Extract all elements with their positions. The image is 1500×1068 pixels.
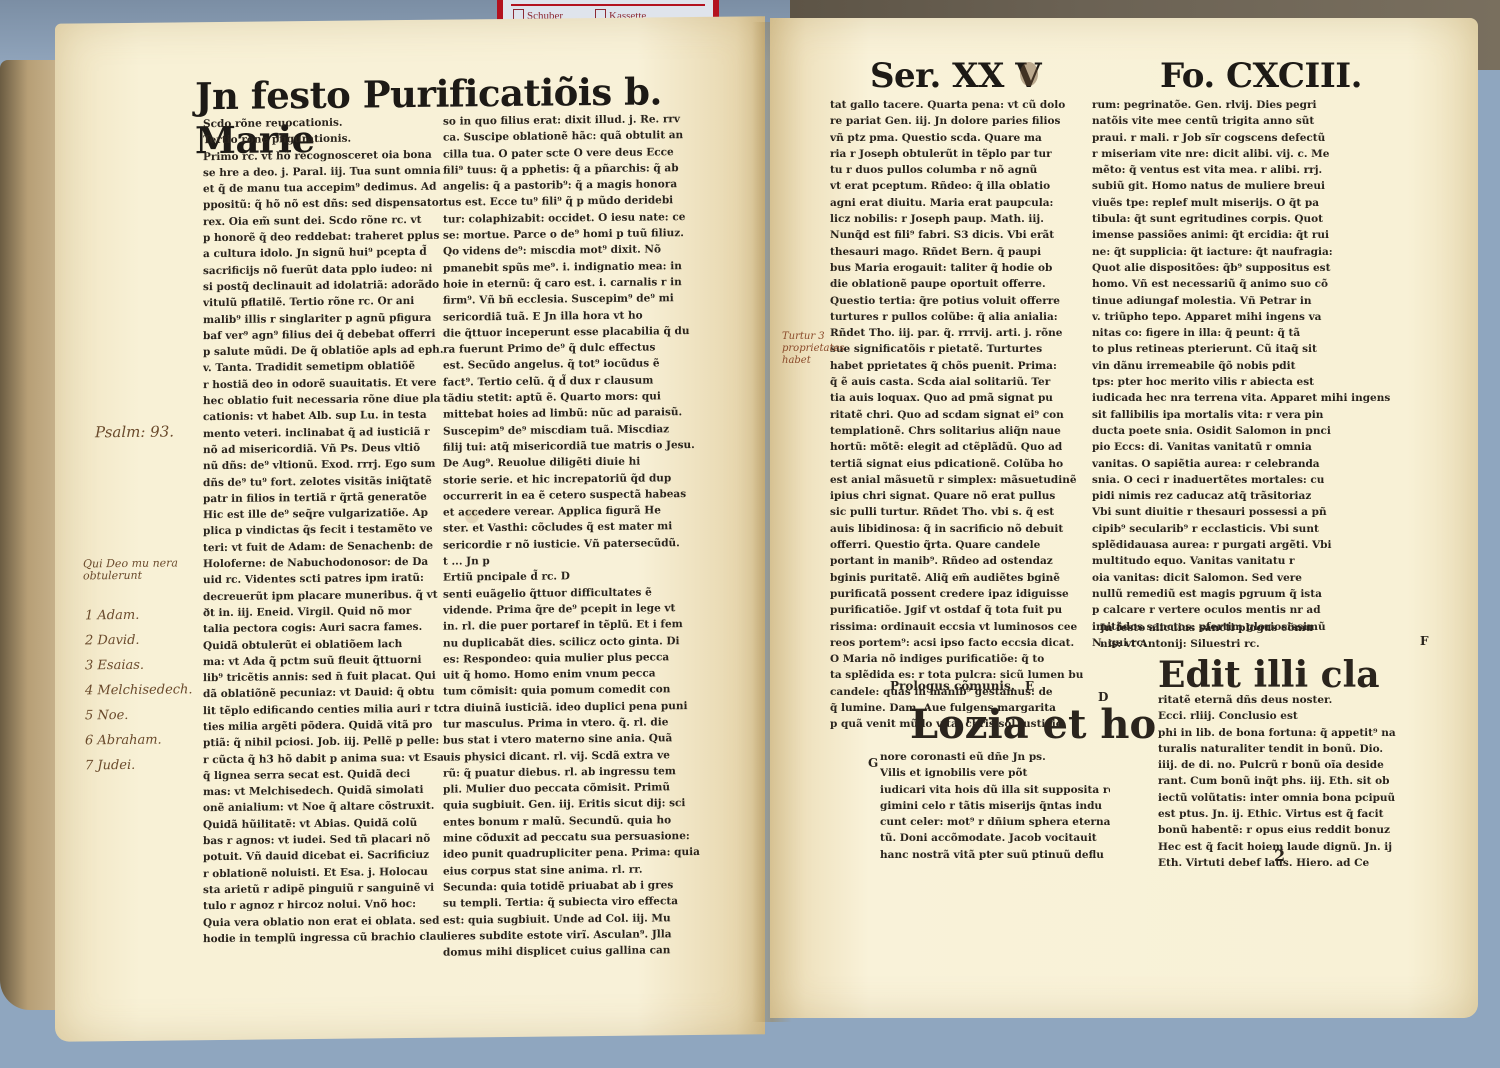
text-line: pio Eccs: di. Vanitas vanitatũ r omnia — [1092, 439, 1422, 455]
marginal-list-item: 7 Judei. — [85, 752, 193, 778]
text-line: rant. Cum bonũ inq̃t phs. iij. Eth. sit … — [1158, 773, 1428, 789]
text-line: su templi. Tertia: q̃ subiecta viro effe… — [443, 893, 719, 912]
text-line: cunt celer: mot⁹ r dñium sphera eterna — [880, 814, 1110, 830]
text-line: hodie in templũ ingressa cũ brachio clau — [203, 928, 443, 947]
marginal-note-list: 1 Adam.2 David.3 Esaias.4 Melchisedech.5… — [85, 602, 193, 778]
text-line: reos portem⁹: acsi ipso facto eccsia dic… — [830, 635, 1090, 651]
text-line: multitudo equo. Vanitas vanitatu r — [1092, 553, 1422, 569]
text-line: ideo punit quadrupliciter pena. Prima: q… — [443, 844, 719, 863]
text-line: pidi nimis rez caducaz atq̃ trãsitoriaz — [1092, 488, 1422, 504]
text-line: ptiã: q̃ nihil pciosi. Job. iij. Pellẽ p… — [203, 733, 443, 752]
paper-stain — [465, 509, 479, 523]
text-line: tra diuinã iusticiã. ideo duplici pena p… — [443, 697, 719, 716]
text-line: est anial mãsuetũ r simplex: mãsuetudinẽ — [830, 472, 1090, 488]
text-line: p calcare r vertere oculos mentis nr ad — [1092, 602, 1422, 618]
text-line: uid rc. Videntes scti patres ipm iratũ: — [203, 570, 443, 589]
signature-mark: 2 — [1274, 846, 1285, 865]
text-line: vt erat pceptum. Rñdeo: q̃ illa oblatio — [830, 178, 1090, 194]
text-line: licz nobilis: r Joseph paup. Math. iij. — [830, 211, 1090, 227]
text-line: vitulũ pflatilẽ. Tertio rõne rc. Or ani — [203, 293, 443, 312]
text-line: Eth. Virtuti debef laus. Hiero. ad Ce — [1158, 855, 1428, 871]
text-line: nullũ remediũ est magis pgruum q̃ ista — [1092, 586, 1422, 602]
folio-number: Fo. CXCIII. — [1160, 56, 1362, 96]
text-line: ritatẽ eternã dñs deus noster. — [1158, 692, 1428, 708]
text-line: tu r duos pullos columba r nõ agnũ — [830, 162, 1090, 178]
text-line: tertiã signat eius pdicationẽ. Colũba ho — [830, 456, 1090, 472]
text-line: sericordie r nõ iusticie. Vñ patersecũdũ… — [443, 534, 719, 553]
running-head-sermon: Ser. XX V — [870, 56, 1041, 96]
text-line: se: mortue. Parce o de⁹ homi p tuũ filiu… — [443, 225, 719, 244]
text-line: rissima: ordinauit eccsia vt luminosos c… — [830, 619, 1090, 635]
text-line: Ecci. rliij. Conclusio est — [1158, 708, 1428, 724]
text-line: mẽto: q̃ ventus est vita mea. r alibi. r… — [1092, 162, 1422, 178]
text-line: die oblationẽ paupe oportuit offerre. — [830, 276, 1090, 292]
text-line: Jn festo alicuius sancti plogus cõmu — [1100, 620, 1430, 636]
text-line: turtures r pullos colũbe: q̃ alia aniali… — [830, 309, 1090, 325]
text-line: Nunq̃d est fili⁹ fabri. S3 dicis. Vbi er… — [830, 227, 1090, 243]
text-line: Questio tertia: q̃re potius voluit offer… — [830, 293, 1090, 309]
festo-marker: F — [1420, 634, 1429, 648]
text-line: subiũ git. Homo natus de muliere breui — [1092, 178, 1422, 194]
slip-rule — [511, 4, 705, 6]
text-line: sic pulli turtur. Rñdet Tho. vbi s. q̃ e… — [830, 504, 1090, 520]
text-line: nitas co: figere in illa: q̃ peunt: q̃ t… — [1092, 325, 1422, 341]
left-page: Jn festo Purificatiõis b. Marie Scdo rõn… — [55, 16, 765, 1041]
text-line: ipius chri signat. Quare nõ erat pullus — [830, 488, 1090, 504]
marginal-list-item: 4 Melchisedech. — [85, 677, 193, 703]
text-line: splẽdidauasa aurea: r purgati argẽti. Vb… — [1092, 537, 1422, 553]
text-line: potuit. Vñ dauid dicebat ei. Sacrificiuz — [203, 847, 443, 866]
text-column-2: so in quo filius erat: dixit illud. j. R… — [443, 111, 719, 961]
edit-marker: D — [1098, 690, 1108, 704]
text-line: vanitas. O sapiẽtia aurea: r celebranda — [1092, 456, 1422, 472]
text-line: tat gallo tacere. Quarta pena: vt cũ dol… — [830, 97, 1090, 113]
text-line: sit fallibilis ipa mortalis vita: r vera… — [1092, 407, 1422, 423]
text-line: Vilis et ignobilis vere põt — [880, 765, 1110, 781]
text-line: bginis puritatẽ. Aliq̃ em̃ audiẽtes bgin… — [830, 570, 1090, 586]
text-column-2: rum: pegrinatõe. Gen. rlvij. Dies pegrin… — [1092, 97, 1422, 651]
text-line: iectũ volũtatis: inter omnia bona pcipuũ — [1158, 790, 1428, 806]
festo-alicuius-rubric: Jn festo alicuius sancti plogus cõmunis:… — [1100, 620, 1430, 653]
text-line: O Maria nõ indiges purificatiõe: q̃ to — [830, 651, 1090, 667]
text-line: habet pprietates q̃ chõs puenit. Prima: — [830, 358, 1090, 374]
right-page: Ser. XX V Fo. CXCIII. tat gallo tacere. … — [770, 18, 1478, 1018]
text-line: tibula: q̃t sunt egritudines corpis. Quo… — [1092, 211, 1422, 227]
marginal-list-item: 2 David. — [85, 627, 193, 653]
text-line: thesauri mago. Rñdet Bern. q̃ paupi — [830, 244, 1090, 260]
text-line: ria r Joseph obtulerũt in tẽplo par tur — [830, 146, 1090, 162]
text-line: rum: pegrinatõe. Gen. rlvij. Dies pegri — [1092, 97, 1422, 113]
text-line: praui. r mali. r Job sĩr cogscens defect… — [1092, 130, 1422, 146]
marginal-list-item: 6 Abraham. — [85, 727, 193, 753]
text-line: tps: pter hoc merito vilis r abiecta est — [1092, 374, 1422, 390]
text-column-2-continued: ritatẽ eternã dñs deus noster.Ecci. rlii… — [1158, 692, 1428, 871]
marginal-list-item: 3 Esaias. — [85, 652, 193, 678]
text-line: nore coronasti eũ dñe Jn ps. — [880, 749, 1110, 765]
marginal-note-turtur: Turtur 3 proprietates habet — [782, 331, 842, 367]
text-line: cipib⁹ secularib⁹ r ecclasticis. Vbi sun… — [1092, 521, 1422, 537]
text-line: est ptus. Jn. ij. Ethic. Virtus est q̃ f… — [1158, 806, 1428, 822]
text-line: v. triũpho tepo. Apparet mihi ingens va — [1092, 309, 1422, 325]
text-line: q̃ ẽ auis casta. Scda aial solitariũ. Te… — [830, 374, 1090, 390]
text-line: hanc nostrã vitã pter suũ ptinuũ deflu — [880, 847, 1110, 863]
edit-initial: Edit illi cla — [1158, 654, 1380, 696]
text-line: agni erat diuitu. Maria erat paupcula: — [830, 195, 1090, 211]
text-column-1-continued: nore coronasti eũ dñe Jn ps.Vilis et ign… — [880, 749, 1110, 863]
text-line: die q̃ttuor inceperunt esse placabilia q… — [443, 323, 719, 342]
text-line: quia sugbiuit. Gen. iij. Eritis sicut di… — [443, 795, 719, 814]
text-line: viuẽs tpe: replef mult miserijs. O q̃t p… — [1092, 195, 1422, 211]
text-line: oia vanitas: dicit Salomon. Sed vere — [1092, 570, 1422, 586]
text-line: turalis naturaliter tendit in bonũ. Dio. — [1158, 741, 1428, 757]
marginal-list-item: 1 Adam. — [85, 602, 193, 628]
text-line: iiij. de di. no. Pulcrũ r bonũ oĩa desid… — [1158, 757, 1428, 773]
text-line: purificatã possent credere ipaz idiguiss… — [830, 586, 1090, 602]
text-line: ne: q̃t supplicia: q̃t iacture: q̃t nauf… — [1092, 244, 1422, 260]
text-line: phi in lib. de bona fortuna: q̃ appetit⁹… — [1158, 725, 1428, 741]
text-column-1: tat gallo tacere. Quarta pena: vt cũ dol… — [830, 97, 1090, 733]
text-column-1: Scdo rõne reuocationis.Tertio rõne pfigu… — [203, 114, 443, 948]
marginal-note-psalm: Psalm: 93. — [95, 422, 174, 441]
text-line: ritatẽ chri. Quo ad scdam signat ei⁹ con — [830, 407, 1090, 423]
text-line: portant in manib⁹. Rñdeo ad ostendaz — [830, 553, 1090, 569]
prologus-marker: E — [1025, 679, 1034, 693]
text-line: Vbi sunt diuitie r thesauri possessi a p… — [1092, 504, 1422, 520]
text-line: Hec est q̃ facit hoiem laude dignũ. Jn. … — [1158, 839, 1428, 855]
text-line: fili⁹ tuus: q̃ a pphetis: q̃ a pñarchis:… — [443, 160, 719, 179]
text-line: cationis: vt habet Alb. sup Lu. in testa — [203, 407, 443, 426]
text-line: nu duplicabãt dies. scilicz octo ginta. … — [443, 632, 719, 651]
text-line: offerri. Questio q̃rta. Quare candele — [830, 537, 1090, 553]
text-line: auis libidinosa: q̃ in sacrificio nõ deb… — [830, 521, 1090, 537]
text-line: domus mihi displicet cuius gallina can — [443, 942, 719, 961]
text-line: imense passiões animi: q̃t ercidia: q̃t … — [1092, 227, 1422, 243]
text-line: nũ dñs: de⁹ vltionũ. Exod. rrrj. Ego sum — [203, 456, 443, 475]
text-line: homo. Vñ est necessariũ q̃ animo suo cõ — [1092, 276, 1422, 292]
marginal-note-list-heading: Qui Deo mu nera obtulerunt — [83, 557, 193, 582]
text-line: tũ. Doni accõmodate. Jacob vocitauit — [880, 830, 1110, 846]
text-line: templationẽ. Chrs solitarius aliq̃n naue — [830, 423, 1090, 439]
text-line: iudicada hec nra terrena vita. Apparet m… — [1092, 390, 1422, 406]
text-line: re pariat Gen. iij. Jn dolore paries fil… — [830, 113, 1090, 129]
text-line: vin dãnu irremeabile q̃õ nobis pdit — [1092, 358, 1422, 374]
paper-stain — [1020, 62, 1038, 86]
text-line: nis: vt Antonij: Siluestri rc. — [1100, 636, 1430, 652]
gloria-initial: Lozia et ho — [910, 701, 1156, 748]
text-line: snia. O ceci r inaduertẽtes mortales: cu — [1092, 472, 1422, 488]
text-line: to plus retineas pterierunt. Cũ itaq̃ si… — [1092, 341, 1422, 357]
text-line: natõis vite mee centũ trigita anno sũt — [1092, 113, 1422, 129]
text-line: ca. Suscipe oblationẽ hãc: quã obtulit a… — [443, 127, 719, 146]
text-line: r miseriam vite nre: dicit alibi. vij. c… — [1092, 146, 1422, 162]
text-line: hoie in eternũ: q̃ caro est. i. carnalis… — [443, 274, 719, 293]
prologus-title: Prologus cõmunis. — [890, 679, 1015, 693]
text-line: occurrerit in ea ẽ cetero suspectã habea… — [443, 486, 719, 505]
text-line: bus Maria erogauit: taliter q̃ hodie ob — [830, 260, 1090, 276]
text-line: ducta poete snia. Osidit Salomon in pnci — [1092, 423, 1422, 439]
text-line: Rñdet Tho. iij. par. q̃. rrrvij. arti. j… — [830, 325, 1090, 341]
text-line: filij tui: atq̃ misericordiã tue matris … — [443, 437, 719, 456]
text-line: Quot alie dispositões: q̃b⁹ suppositus e… — [1092, 260, 1422, 276]
marginal-list-item: 5 Noe. — [85, 702, 193, 728]
text-line: hortũ: mõtẽ: elegit ad ctẽplãdũ. Quo ad — [830, 439, 1090, 455]
text-line: bonũ habentẽ: r opus eius reddit bonuz — [1158, 822, 1428, 838]
text-line: mittebat hoies ad limbũ: nũc ad paraisũ. — [443, 404, 719, 423]
gloria-marker: G — [868, 756, 878, 770]
text-line: purificatiõe. Jgif vt ostdaf q̃ tota fui… — [830, 602, 1090, 618]
text-line: tinue adiungaf molestia. Vñ Petrar in — [1092, 293, 1422, 309]
text-line: gimini celo r tãtis miserijs q̃ntas indu — [880, 798, 1110, 814]
text-line: tia auis loquax. Quo ad pmã signat pu — [830, 390, 1090, 406]
text-line: tulo r agnoz r hircoz nolui. Vnõ hoc: — [203, 896, 443, 915]
text-line: sue significatõis r pietatẽ. Turturtes — [830, 341, 1090, 357]
text-line: vñ ptz pma. Questio scda. Quare ma — [830, 130, 1090, 146]
text-line: iudicari vita hois dũ illa sit supposita… — [880, 782, 1110, 798]
text-line: talia pectora cogis: Auri sacra fames. — [203, 619, 443, 638]
